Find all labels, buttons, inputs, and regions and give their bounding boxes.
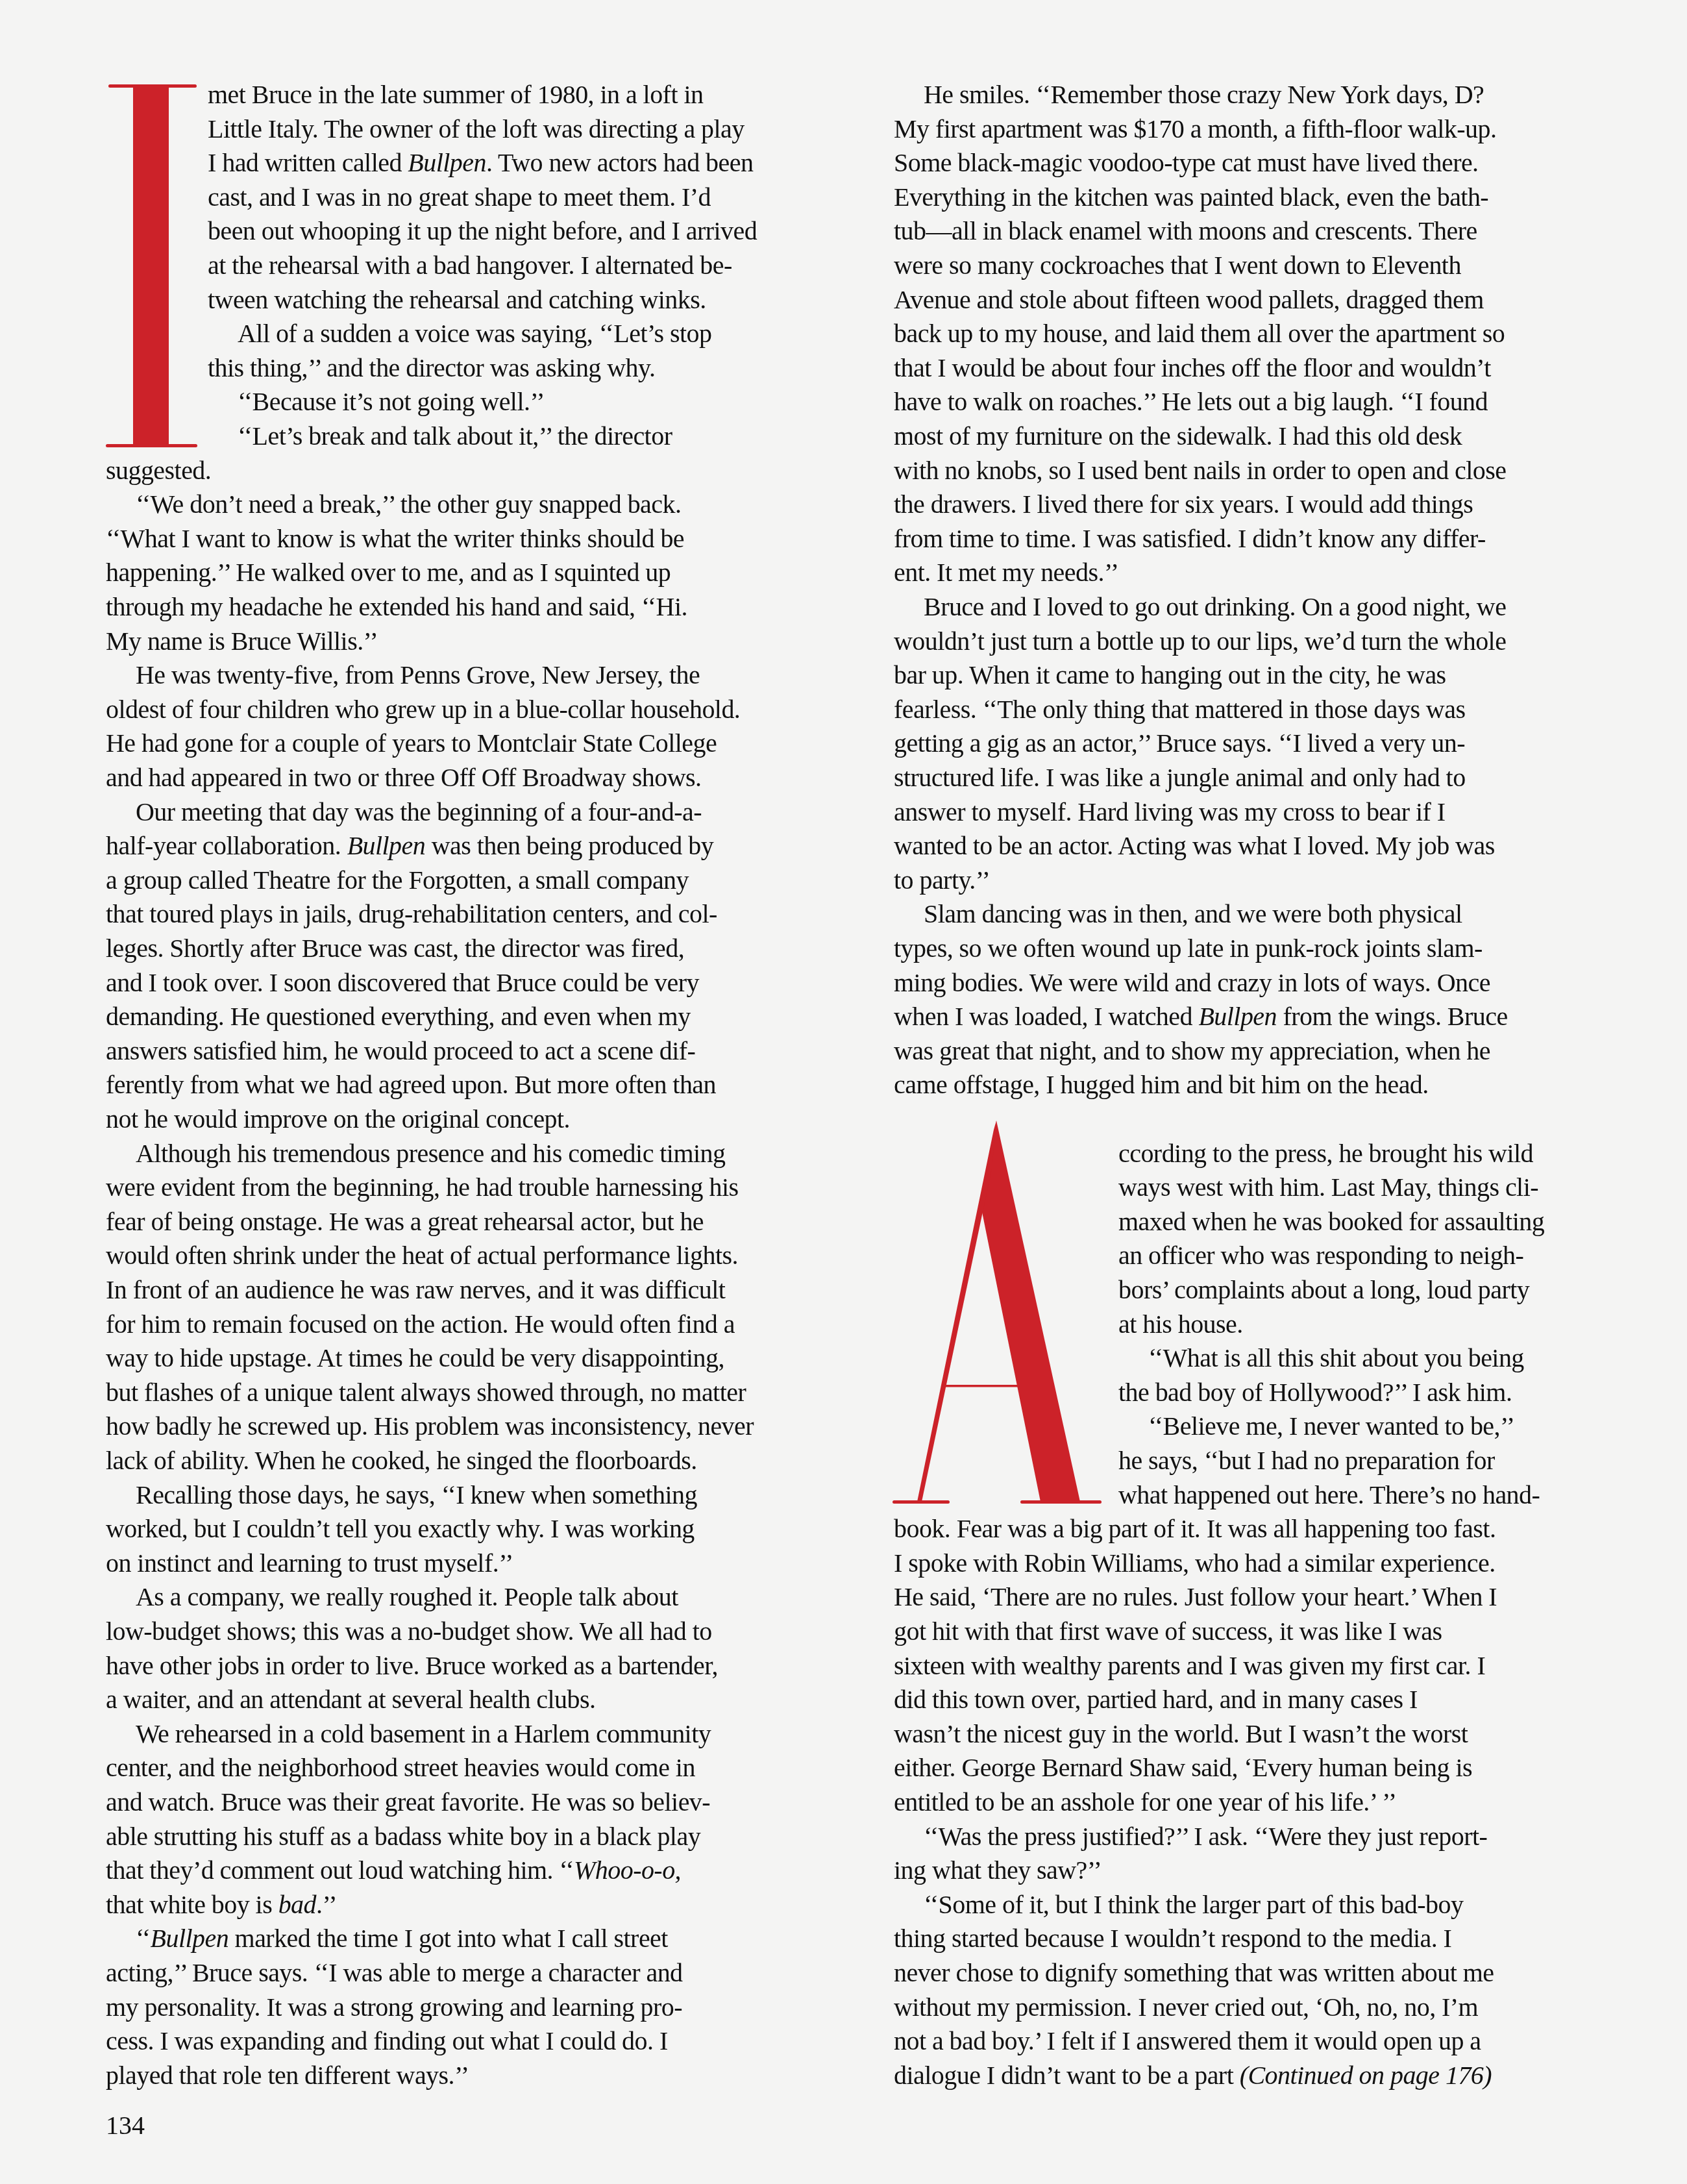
text-run: and had appeared in two or three Off Off… [106, 763, 701, 792]
text-run: ‘‘What is all this shit about you being [1148, 1343, 1524, 1372]
text-line: through my headache he extended his hand… [106, 590, 836, 625]
text-line: ‘‘Believe me, I never wanted to be,’’ [1148, 1409, 1620, 1444]
text-run: through my headache he extended his hand… [106, 592, 687, 621]
text-line: entitled to be an asshole for one year o… [894, 1785, 1620, 1820]
text-line: happening.’’ He walked over to me, and a… [106, 556, 836, 590]
text-run: As a company, we really roughed it. Peop… [136, 1582, 678, 1611]
text-line: at the rehearsal with a bad hangover. I … [208, 249, 836, 283]
text-run: from time to time. I was satisfied. I di… [894, 524, 1486, 553]
text-run: was then being produced by [425, 831, 713, 860]
text-run: would often shrink under the heat of act… [106, 1241, 738, 1270]
text-run: either. George Bernard Shaw said, ‘Every… [894, 1753, 1472, 1782]
text-line: He had gone for a couple of years to Mon… [106, 726, 836, 761]
text-line: got hit with that first wave of success,… [894, 1615, 1620, 1649]
text-line: were so many cockroaches that I went dow… [894, 249, 1620, 283]
text-line: I had written called Bullpen. Two new ac… [208, 146, 836, 180]
text-line: tub—all in black enamel with moons and c… [894, 214, 1620, 249]
text-line: getting a gig as an actor,’’ Bruce says.… [894, 726, 1620, 761]
text-run: sixteen with wealthy parents and I was g… [894, 1651, 1485, 1680]
text-run: Although his tremendous presence and his… [136, 1139, 725, 1168]
text-line: book. Fear was a big part of it. It was … [894, 1512, 1620, 1546]
text-run: that toured plays in jails, drug-rehabil… [106, 899, 717, 928]
text-line: worked, but I couldn’t tell you exactly … [106, 1512, 836, 1546]
text-run: All of a sudden a voice was saying, ‘‘Le… [238, 319, 711, 348]
text-run: got hit with that first wave of success,… [894, 1617, 1442, 1646]
text-line: did this town over, partied hard, and in… [894, 1683, 1620, 1717]
text-line: without my permission. I never cried out… [894, 1991, 1620, 2025]
text-line: an officer who was responding to neigh- [1118, 1239, 1620, 1273]
text-line: answer to myself. Hard living was my cro… [894, 795, 1620, 830]
text-run: without my permission. I never cried out… [894, 1992, 1478, 2022]
text-run: that I would be about four inches off th… [894, 353, 1491, 382]
text-run: getting a gig as an actor,’’ Bruce says.… [894, 728, 1465, 758]
text-line: ccording to the press, he brought his wi… [1118, 1137, 1620, 1171]
text-run: wasn’t the nicest guy in the world. But … [894, 1719, 1468, 1748]
text-run: this thing,’’ and the director was askin… [208, 353, 655, 382]
text-run: on instinct and learning to trust myself… [106, 1548, 513, 1578]
text-line: Recalling those days, he says, ‘‘I knew … [136, 1478, 836, 1513]
text-run: My name is Bruce Willis.’’ [106, 627, 378, 656]
text-run: and watch. Bruce was their great favorit… [106, 1787, 710, 1817]
drop-cap-i-icon [104, 81, 201, 451]
text-run: I had written called [208, 148, 408, 177]
text-run: a group called Theatre for the Forgotten… [106, 865, 689, 895]
text-run: when I was loaded, I watched [894, 1002, 1198, 1031]
text-line: ming bodies. We were wild and crazy in l… [894, 966, 1620, 1000]
text-line: never chose to dignify something that wa… [894, 1956, 1620, 1991]
text-line: the bad boy of Hollywood?’’ I ask him. [1118, 1376, 1620, 1410]
text-line: wanted to be an actor. Acting was what I… [894, 829, 1620, 863]
text-run: dialogue I didn’t want to be a part [894, 2061, 1240, 2090]
text-line: a group called Theatre for the Forgotten… [106, 863, 836, 898]
text-run: ‘‘Some of it, but I think the larger par… [924, 1890, 1463, 1919]
text-run: a waiter, and an attendant at several he… [106, 1685, 595, 1714]
text-run: answers satisfied him, he would proceed … [106, 1036, 695, 1065]
text-line: maxed when he was booked for assaulting [1118, 1205, 1620, 1239]
text-run: He had gone for a couple of years to Mon… [106, 728, 717, 758]
text-run: tween watching the rehearsal and catchin… [208, 285, 706, 314]
text-line: ent. It met my needs.’’ [894, 556, 1620, 590]
text-run: ‘‘Because it’s not going well.’’ [238, 387, 545, 416]
text-run: the bad boy of Hollywood?’’ I ask him. [1118, 1378, 1512, 1407]
text-line: bors’ complaints about a long, loud part… [1118, 1273, 1620, 1308]
text-run: I spoke with Robin Williams, who had a s… [894, 1548, 1496, 1578]
text-run: Bruce and I loved to go out drinking. On… [924, 592, 1506, 621]
text-run: ‘‘Was the press justified?’’ I ask. ‘‘We… [924, 1822, 1487, 1851]
text-run: the drawers. I lived there for six years… [894, 490, 1473, 519]
text-line: wouldn’t just turn a bottle up to our li… [894, 625, 1620, 659]
text-run: thing started because I wouldn’t respond… [894, 1924, 1451, 1953]
text-run: In front of an audience he was raw nerve… [106, 1275, 725, 1304]
text-run: He said, ‘There are no rules. Just follo… [894, 1582, 1497, 1611]
text-run: ‘‘What I want to know is what the writer… [106, 524, 684, 553]
text-line: Little Italy. The owner of the loft was … [208, 112, 836, 147]
text-run: oldest of four children who grew up in a… [106, 695, 740, 724]
text-line: structured life. I was like a jungle ani… [894, 761, 1620, 795]
text-line: when I was loaded, I watched Bullpen fro… [894, 1000, 1620, 1034]
text-line: have other jobs in order to live. Bruce … [106, 1649, 836, 1683]
text-line: ‘‘What I want to know is what the writer… [106, 522, 836, 556]
drop-cap-a-icon [883, 1113, 1110, 1509]
text-line: Avenue and stole about fifteen wood pall… [894, 283, 1620, 317]
text-line: thing started because I wouldn’t respond… [894, 1922, 1620, 1956]
text-run: came offstage, I hugged him and bit him … [894, 1070, 1429, 1099]
text-run: my personality. It was a strong growing … [106, 1992, 682, 2022]
text-run: demanding. He questioned everything, and… [106, 1002, 691, 1031]
text-line: and watch. Bruce was their great favorit… [106, 1785, 836, 1820]
text-run: ‘‘Believe me, I never wanted to be,’’ [1148, 1411, 1515, 1441]
text-line: he says, ‘‘but I had no preparation for [1118, 1444, 1620, 1478]
text-run: at the rehearsal with a bad hangover. I … [208, 251, 732, 280]
text-run: suggested. [106, 456, 211, 485]
text-run: He was twenty-five, from Penns Grove, Ne… [136, 660, 700, 689]
drop-cap-i-shape [106, 84, 197, 447]
text-line: with no knobs, so I used bent nails in o… [894, 454, 1620, 488]
text-line: ‘‘Let’s break and talk about it,’’ the d… [238, 419, 836, 454]
text-run: an officer who was responding to neigh- [1118, 1241, 1523, 1270]
text-line: ‘‘Some of it, but I think the larger par… [924, 1888, 1620, 1922]
text-line: for him to remain focused on the action.… [106, 1308, 836, 1342]
text-run: what happened out here. There’s no hand- [1118, 1480, 1540, 1509]
text-run: bar up. When it came to hanging out in t… [894, 660, 1446, 689]
text-line: and had appeared in two or three Off Off… [106, 761, 836, 795]
text-line: to party.’’ [894, 863, 1620, 898]
text-line: He said, ‘There are no rules. Just follo… [894, 1580, 1620, 1615]
text-line: As a company, we really roughed it. Peop… [136, 1580, 836, 1615]
text-line: dialogue I didn’t want to be a part (Con… [894, 2059, 1620, 2093]
text-run: but flashes of a unique talent always sh… [106, 1378, 746, 1407]
text-run: have other jobs in order to live. Bruce … [106, 1651, 718, 1680]
text-run: Everything in the kitchen was painted bl… [894, 182, 1488, 212]
text-line: My first apartment was $170 a month, a f… [894, 112, 1620, 147]
text-run: happening.’’ He walked over to me, and a… [106, 558, 671, 587]
text-line: Although his tremendous presence and his… [136, 1137, 836, 1171]
text-run: . Two new actors had been [486, 148, 753, 177]
text-line: most of my furniture on the sidewalk. I … [894, 419, 1620, 454]
text-line: demanding. He questioned everything, and… [106, 1000, 836, 1034]
text-line: suggested. [106, 454, 836, 488]
text-run: maxed when he was booked for assaulting [1118, 1207, 1544, 1236]
text-run: he says, ‘‘but I had no preparation for [1118, 1446, 1495, 1475]
text-line: came offstage, I hugged him and bit him … [894, 1068, 1620, 1102]
text-run: wanted to be an actor. Acting was what I… [894, 831, 1495, 860]
text-line: ‘‘What is all this shit about you being [1148, 1341, 1620, 1376]
text-line: from time to time. I was satisfied. I di… [894, 522, 1620, 556]
text-line: not he would improve on the original con… [106, 1102, 836, 1137]
text-run: ferently from what we had agreed upon. B… [106, 1070, 716, 1099]
text-run: fear of being onstage. He was a great re… [106, 1207, 704, 1236]
text-line: fearless. ‘‘The only thing that mattered… [894, 693, 1620, 727]
italic-text-run: Bullpen [408, 148, 486, 177]
text-line: able strutting his stuff as a badass whi… [106, 1820, 836, 1854]
text-line: my personality. It was a strong growing … [106, 1991, 836, 2025]
text-line: the drawers. I lived there for six years… [894, 488, 1620, 522]
text-line: He smiles. ‘‘Remember those crazy New Yo… [924, 78, 1620, 112]
text-line: wasn’t the nicest guy in the world. But … [894, 1717, 1620, 1752]
text-run: cess. I was expanding and finding out wh… [106, 2026, 668, 2055]
text-run: Some black-magic voodoo-type cat must ha… [894, 148, 1479, 177]
text-run: Slam dancing was in then, and we were bo… [924, 899, 1462, 928]
text-line: half-year collaboration. Bullpen was the… [106, 829, 836, 863]
text-line: low-budget shows; this was a no-budget s… [106, 1615, 836, 1649]
text-line: but flashes of a unique talent always sh… [106, 1376, 836, 1410]
text-line: center, and the neighborhood street heav… [106, 1751, 836, 1785]
italic-text-run: Bullpen [347, 831, 426, 860]
text-line: not a bad boy.’ I felt if I answered the… [894, 2024, 1620, 2059]
text-run: bors’ complaints about a long, loud part… [1118, 1275, 1529, 1304]
text-line: ferently from what we had agreed upon. B… [106, 1068, 836, 1102]
text-line: either. George Bernard Shaw said, ‘Every… [894, 1751, 1620, 1785]
text-run: .’’ [316, 1890, 337, 1919]
text-run: Avenue and stole about fifteen wood pall… [894, 285, 1484, 314]
text-run: structured life. I was like a jungle ani… [894, 763, 1466, 792]
text-line: In front of an audience he was raw nerve… [106, 1273, 836, 1308]
text-run: ccording to the press, he brought his wi… [1118, 1139, 1533, 1168]
text-line: Our meeting that day was the beginning o… [136, 795, 836, 830]
text-run: back up to my house, and laid them all o… [894, 319, 1505, 348]
text-line: bar up. When it came to hanging out in t… [894, 658, 1620, 693]
text-line: ‘‘We don’t need a break,’’ the other guy… [136, 488, 836, 522]
text-line: Some black-magic voodoo-type cat must ha… [894, 146, 1620, 180]
italic-text-run: (Continued on page 176) [1240, 2061, 1492, 2090]
text-run: ‘‘Let’s break and talk about it,’’ the d… [238, 421, 672, 451]
italic-text-run: Bullpen [1198, 1002, 1277, 1031]
text-run: from the wings. Bruce [1277, 1002, 1508, 1031]
text-run: most of my furniture on the sidewalk. I … [894, 421, 1462, 451]
text-run: ent. It met my needs.’’ [894, 558, 1119, 587]
text-run: Our meeting that day was the beginning o… [136, 797, 702, 826]
text-run: met Bruce in the late summer of 1980, in… [208, 80, 703, 109]
italic-text-run: Bullpen [151, 1924, 229, 1953]
text-line: at his house. [1118, 1308, 1620, 1342]
text-line: ‘‘Because it’s not going well.’’ [238, 385, 836, 419]
text-run: cast, and I was in no great shape to mee… [208, 182, 711, 212]
text-line: Bruce and I loved to go out drinking. On… [924, 590, 1620, 625]
text-run: answer to myself. Hard living was my cro… [894, 797, 1446, 826]
text-run: were evident from the beginning, he had … [106, 1173, 739, 1202]
text-run: wouldn’t just turn a bottle up to our li… [894, 627, 1506, 656]
text-run: did this town over, partied hard, and in… [894, 1685, 1418, 1714]
text-line: how badly he screwed up. His problem was… [106, 1409, 836, 1444]
text-line: have to walk on roaches.’’ He lets out a… [894, 385, 1620, 419]
text-run: were so many cockroaches that I went dow… [894, 251, 1461, 280]
text-run: not he would improve on the original con… [106, 1104, 570, 1134]
text-run: He smiles. ‘‘Remember those crazy New Yo… [924, 80, 1484, 109]
text-run: have to walk on roaches.’’ He lets out a… [894, 387, 1488, 416]
text-run: how badly he screwed up. His problem was… [106, 1411, 754, 1441]
text-run: tub—all in black enamel with moons and c… [894, 216, 1477, 245]
text-line: acting,’’ Bruce says. ‘‘I was able to me… [106, 1956, 836, 1991]
text-run: played that role ten different ways.’’ [106, 2061, 469, 2090]
text-line: Slam dancing was in then, and we were bo… [924, 897, 1620, 932]
text-run: Recalling those days, he says, ‘‘I knew … [136, 1480, 697, 1509]
text-run: types, so we often wound up late in punk… [894, 934, 1483, 963]
text-run: for him to remain focused on the action.… [106, 1309, 735, 1339]
text-line: what happened out here. There’s no hand- [1118, 1478, 1620, 1513]
text-run: with no knobs, so I used bent nails in o… [894, 456, 1507, 485]
text-line: and I took over. I soon discovered that … [106, 966, 836, 1000]
text-run: to party.’’ [894, 865, 990, 895]
italic-text-run: bad [278, 1890, 316, 1919]
text-line: lack of ability. When he cooked, he sing… [106, 1444, 836, 1478]
text-line: cast, and I was in no great shape to mee… [208, 180, 836, 215]
text-line: been out whooping it up the night before… [208, 214, 836, 249]
text-line: ways west with him. Last May, things cli… [1118, 1171, 1620, 1205]
text-line: was great that night, and to show my app… [894, 1034, 1620, 1069]
text-run: leges. Shortly after Bruce was cast, the… [106, 934, 684, 963]
text-run: My first apartment was $170 a month, a f… [894, 114, 1496, 143]
text-line: a waiter, and an attendant at several he… [106, 1683, 836, 1717]
text-run: entitled to be an asshole for one year o… [894, 1787, 1397, 1817]
text-line: that I would be about four inches off th… [894, 351, 1620, 386]
text-run: ‘‘We don’t need a break,’’ the other guy… [136, 490, 681, 519]
page-number: 134 [106, 2109, 145, 2143]
text-line: way to hide upstage. At times he could b… [106, 1341, 836, 1376]
text-run: able strutting his stuff as a badass whi… [106, 1822, 700, 1851]
text-run: half-year collaboration. [106, 831, 347, 860]
text-line: I spoke with Robin Williams, who had a s… [894, 1546, 1620, 1581]
text-run: center, and the neighborhood street heav… [106, 1753, 695, 1782]
text-run: that white boy is [106, 1890, 278, 1919]
text-line: this thing,’’ and the director was askin… [208, 351, 836, 386]
text-line: sixteen with wealthy parents and I was g… [894, 1649, 1620, 1683]
text-run: at his house. [1118, 1309, 1243, 1339]
text-line: My name is Bruce Willis.’’ [106, 625, 836, 659]
text-run: was great that night, and to show my app… [894, 1036, 1490, 1065]
text-run: lack of ability. When he cooked, he sing… [106, 1446, 697, 1475]
text-line: types, so we often wound up late in punk… [894, 932, 1620, 966]
text-run: ming bodies. We were wild and crazy in l… [894, 968, 1490, 997]
text-line: answers satisfied him, he would proceed … [106, 1034, 836, 1069]
text-line: fear of being onstage. He was a great re… [106, 1205, 836, 1239]
text-run: that they’d comment out loud watching hi… [106, 1855, 574, 1885]
text-run: been out whooping it up the night before… [208, 216, 757, 245]
text-line: that toured plays in jails, drug-rehabil… [106, 897, 836, 932]
text-line: on instinct and learning to trust myself… [106, 1546, 836, 1581]
text-run: and I took over. I soon discovered that … [106, 968, 699, 997]
text-run: acting,’’ Bruce says. ‘‘I was able to me… [106, 1958, 683, 1987]
text-run: not a bad boy.’ I felt if I answered the… [894, 2026, 1481, 2055]
text-run: never chose to dignify something that wa… [894, 1958, 1494, 1987]
text-run: worked, but I couldn’t tell you exactly … [106, 1514, 695, 1543]
text-line: All of a sudden a voice was saying, ‘‘Le… [238, 317, 836, 351]
text-run: Little Italy. The owner of the loft was … [208, 114, 745, 143]
text-line: that they’d comment out loud watching hi… [106, 1854, 836, 1888]
text-run: way to hide upstage. At times he could b… [106, 1343, 724, 1372]
text-line: ing what they saw?’’ [894, 1854, 1620, 1888]
text-line: were evident from the beginning, he had … [106, 1171, 836, 1205]
text-line: played that role ten different ways.’’ [106, 2059, 836, 2093]
text-run: book. Fear was a big part of it. It was … [894, 1514, 1496, 1543]
text-line: met Bruce in the late summer of 1980, in… [208, 78, 836, 112]
text-line: cess. I was expanding and finding out wh… [106, 2024, 836, 2059]
text-line: leges. Shortly after Bruce was cast, the… [106, 932, 836, 966]
text-line: would often shrink under the heat of act… [106, 1239, 836, 1273]
drop-cap-a-shape [893, 1121, 1102, 1504]
italic-text-run: Whoo-o-o, [574, 1855, 681, 1885]
text-line: oldest of four children who grew up in a… [106, 693, 836, 727]
text-line: back up to my house, and laid them all o… [894, 317, 1620, 351]
text-run: We rehearsed in a cold basement in a Har… [136, 1719, 711, 1748]
text-run: fearless. ‘‘The only thing that mattered… [894, 695, 1465, 724]
text-run: marked the time I got into what I call s… [228, 1924, 668, 1953]
text-line: He was twenty-five, from Penns Grove, Ne… [136, 658, 836, 693]
text-line: Everything in the kitchen was painted bl… [894, 180, 1620, 215]
text-line: that white boy is bad.’’ [106, 1888, 836, 1922]
text-run: low-budget shows; this was a no-budget s… [106, 1617, 712, 1646]
text-run: ing what they saw?’’ [894, 1855, 1102, 1885]
text-line: We rehearsed in a cold basement in a Har… [136, 1717, 836, 1752]
text-line: ‘‘Was the press justified?’’ I ask. ‘‘We… [924, 1820, 1620, 1854]
text-line: tween watching the rehearsal and catchin… [208, 283, 836, 317]
text-run: ways west with him. Last May, things cli… [1118, 1173, 1538, 1202]
text-run: ‘‘ [136, 1924, 151, 1953]
text-line: ‘‘Bullpen marked the time I got into wha… [136, 1922, 836, 1956]
